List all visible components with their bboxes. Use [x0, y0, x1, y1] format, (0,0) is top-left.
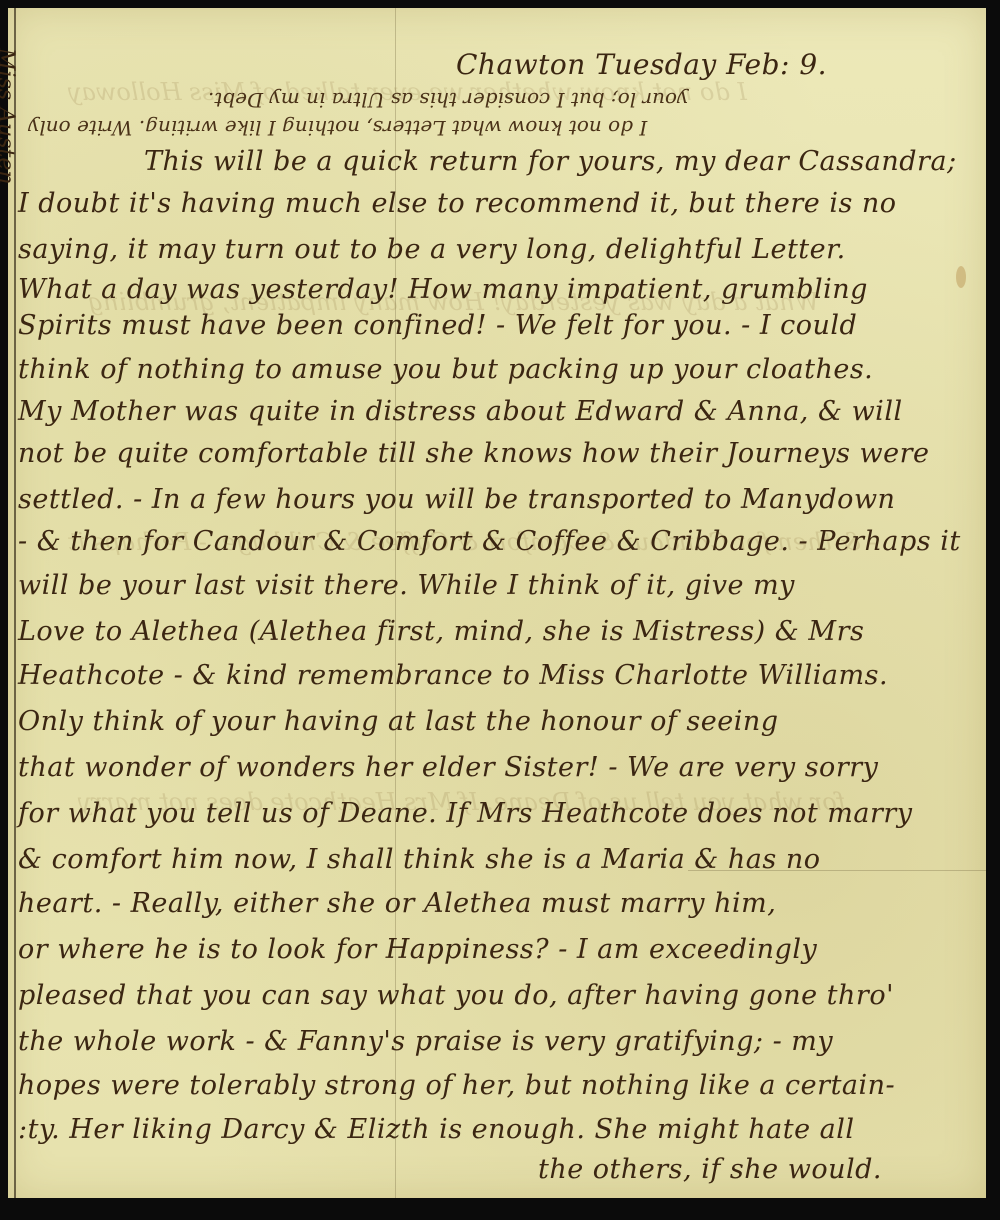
letter-line: I doubt it's having much else to recomme…	[18, 188, 897, 219]
letter-line: This will be a quick return for yours, m…	[144, 146, 957, 177]
letter-line: heart. - Really, either she or Alethea m…	[18, 888, 776, 919]
margin-note: Miss Austen	[0, 48, 18, 185]
letter-line: for what you tell us of Deane. If Mrs He…	[18, 798, 913, 829]
crossed-line: I do not know what Letters, nothing I li…	[28, 116, 647, 140]
letter-line: settled. - In a few hours you will be tr…	[18, 484, 895, 515]
crossed-line: your lo; but I consider this as Ultra in…	[208, 88, 688, 112]
letter-line: Spirits must have been confined! - We fe…	[18, 310, 857, 341]
letter-line: think of nothing to amuse you but packin…	[18, 354, 873, 385]
left-edge-fold	[14, 8, 16, 1198]
letter-line: :ty. Her liking Darcy & Elizth is enough…	[18, 1114, 855, 1145]
letter-line: the whole work - & Fanny's praise is ver…	[18, 1026, 833, 1057]
letter-line: will be your last visit there. While I t…	[18, 570, 795, 601]
letter-line: saying, it may turn out to be a very lon…	[18, 234, 846, 265]
letter-line: not be quite comfortable till she knows …	[18, 438, 930, 469]
center-fold	[395, 8, 396, 1198]
letter-line: & comfort him now, I shall think she is …	[18, 844, 820, 875]
letter-line: pleased that you can say what you do, af…	[18, 980, 894, 1011]
letter-line: - & then for Candour & Comfort & Coffee …	[18, 526, 961, 557]
ink-stain	[956, 266, 966, 288]
letter-line: My Mother was quite in distress about Ed…	[18, 396, 903, 427]
letter-line: What a day was yesterday! How many impat…	[18, 274, 868, 305]
letter-page: I do not know whether we ever talked of …	[8, 8, 986, 1198]
letter-line: or where he is to look for Happiness? - …	[18, 934, 817, 965]
letter-line: Only think of your having at last the ho…	[18, 706, 779, 737]
letter-line: Love to Alethea (Alethea first, mind, sh…	[18, 616, 864, 647]
letter-heading: Chawton Tuesday Feb: 9.	[456, 48, 827, 81]
letter-line: that wonder of wonders her elder Sister!…	[18, 752, 878, 783]
letter-line: Heathcote - & kind remembrance to Miss C…	[18, 660, 888, 691]
letter-line: hopes were tolerably strong of her, but …	[18, 1070, 895, 1101]
letter-line: the others, if she would.	[538, 1154, 882, 1185]
